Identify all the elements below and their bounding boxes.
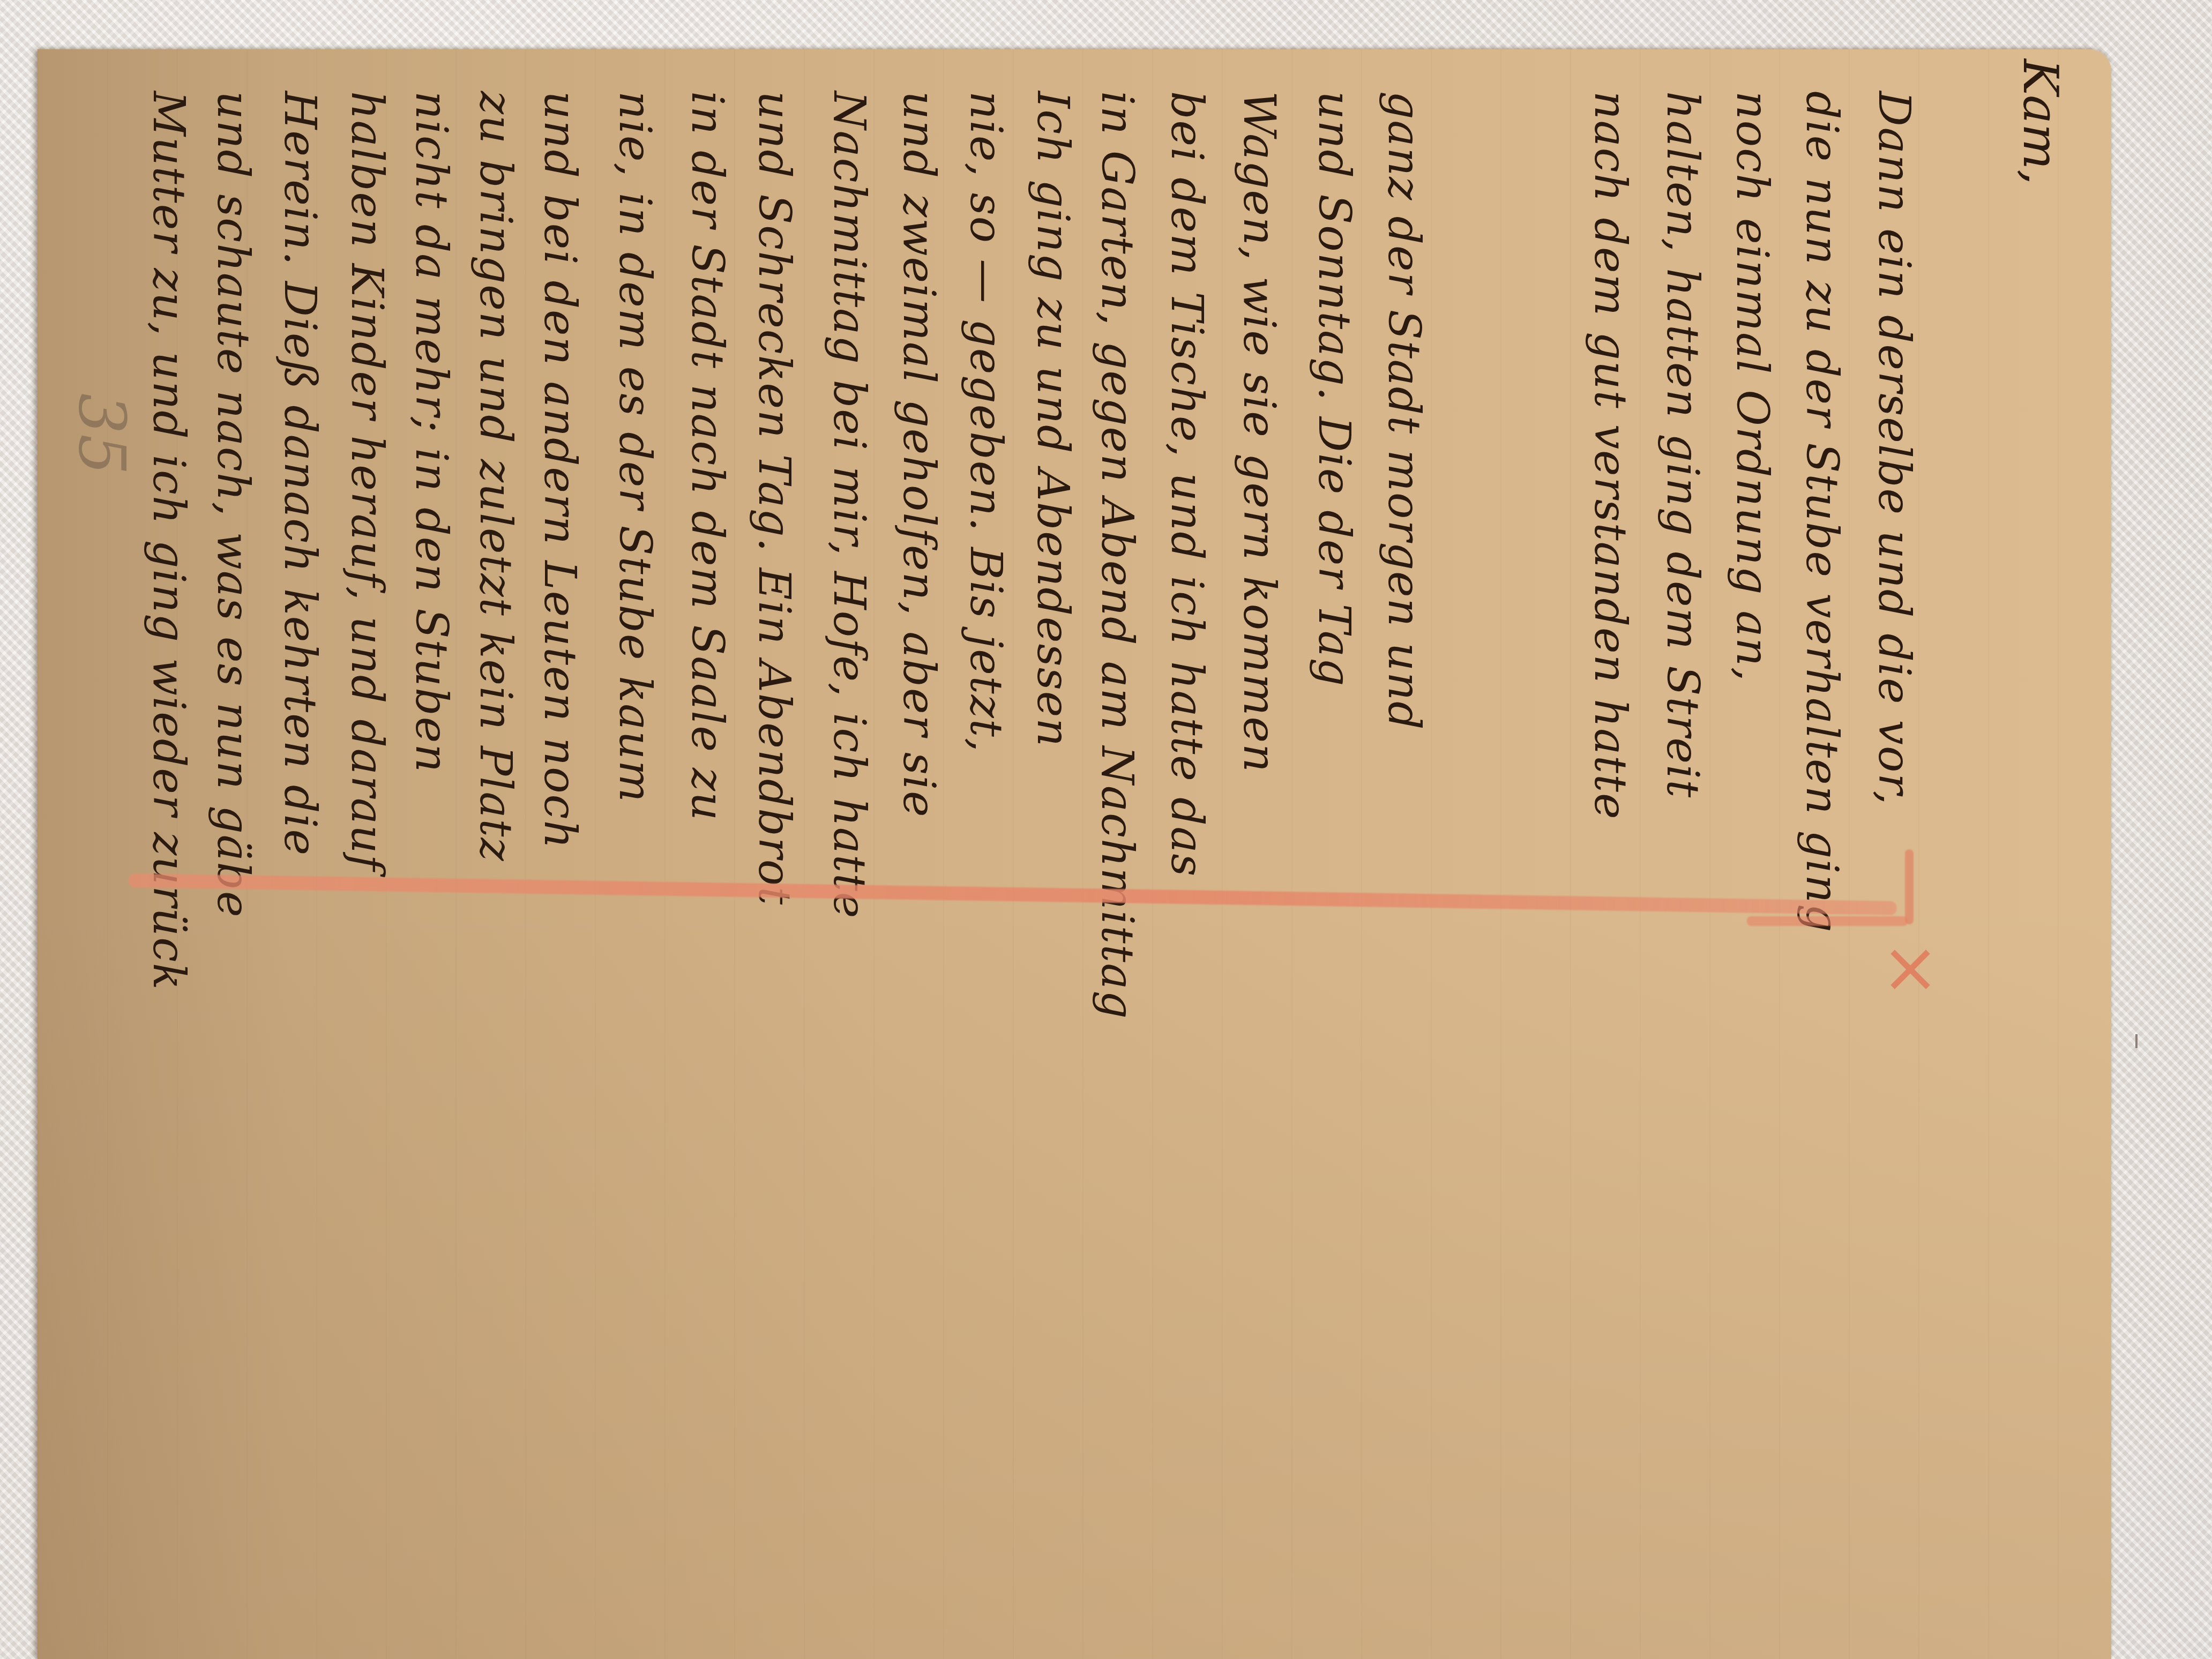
text-line: Dann ein derselbe und die vor, xyxy=(1872,91,1916,806)
text-line: und Schrecken Tag. Ein Abendbrot xyxy=(752,91,796,906)
text-line: Wagen, wie sie gern kommen xyxy=(1237,91,1281,773)
text-line: nie, so — gegeben. Bis jetzt, xyxy=(963,91,1007,753)
red-margin-tick xyxy=(1905,849,1914,924)
red-margin-stub xyxy=(1747,916,1908,926)
text-line: Mutter zu, und ich ging wieder zurück xyxy=(146,91,190,991)
text-line: nicht da mehr; in den Stuben xyxy=(409,91,453,773)
red-x-mark: × xyxy=(1873,935,1948,999)
text-line: halben Kinder herauf, und darauf xyxy=(345,91,388,872)
catchword: Kam, xyxy=(2012,59,2068,185)
text-line: zu bringen und zuletzt kein Platz xyxy=(473,91,517,862)
text-line: ganz der Stadt morgen und xyxy=(1381,91,1425,731)
text-line: in Garten, gegen Abend am Nachmittag xyxy=(1095,91,1139,1020)
text-line: Herein. Dieß danach kehrten die xyxy=(278,91,322,856)
text-line: und zweimal geholfen, aber sie xyxy=(896,91,940,818)
text-line: nach dem gut verstanden hatte xyxy=(1588,91,1632,820)
text-line: die nun zu der Stube verhalten ging xyxy=(1799,91,1843,933)
page-number: 35 xyxy=(59,391,145,477)
text-line: und bei den andern Leuten noch xyxy=(537,91,581,849)
edge-mark xyxy=(2135,1034,2138,1048)
text-line: noch einmal Ordnung an, xyxy=(1730,91,1774,682)
text-line: Ich ging zu und Abendessen xyxy=(1030,91,1074,748)
paper-shading xyxy=(38,907,2111,1659)
text-line: in der Stadt nach dem Saale zu xyxy=(685,91,729,821)
text-line: Nachmittag bei mir, Hofe, ich hatte xyxy=(827,91,871,919)
text-line: nie, in dem es der Stube kaum xyxy=(612,91,656,803)
text-line: und Sonntag. Die der Tag xyxy=(1312,91,1356,687)
text-line: und schaute nach, was es nun gäbe xyxy=(211,91,255,918)
text-line: halten, hatten ging dem Streit xyxy=(1660,91,1704,798)
text-line: bei dem Tische, und ich hatte das xyxy=(1164,91,1208,877)
